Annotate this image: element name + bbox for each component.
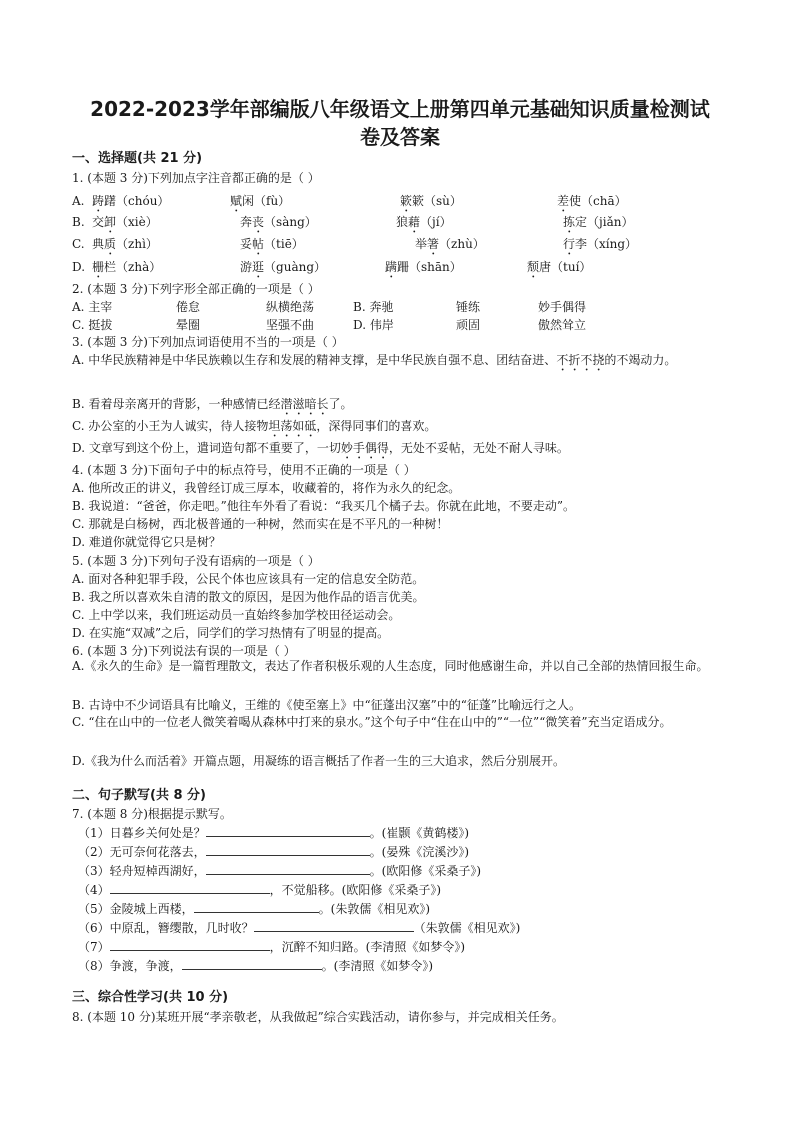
q5-option-c: C. 上中学以来，我们班运动员一直始终参加学校田径运动会。: [72, 607, 400, 624]
q2-b-2: 锤练: [456, 299, 480, 316]
q3-option-c: C. 办公室的小王为人诚实，待人接物坦荡如砥，深得同事们的喜欢。: [72, 418, 436, 440]
question-5-stem: 5. (本题 3 分)下列句子没有语病的一项是（ ）: [72, 553, 320, 570]
q4-option-a: A. 他所改正的讲义，我曾经订成三厚本，收藏着的，将作为永久的纪念。: [72, 480, 460, 497]
answer-blank-7[interactable]: [110, 938, 270, 951]
question-4-stem: 4. (本题 3 分)下面句子中的标点符号，使用不正确的一项是（ ）: [72, 462, 416, 479]
q1-option-b-1: 交卸（xiè）: [92, 214, 158, 236]
q2-c-2: 晕圈: [176, 317, 200, 334]
q1-option-a-label: A.: [72, 193, 84, 210]
question-7-stem: 7. (本题 8 分)根据提示默写。: [72, 806, 232, 823]
q6-option-d: D.《我为什么而活着》开篇点题，用凝练的语言概括了作者一生的三大追求，然后分别展…: [72, 753, 565, 770]
q2-d-2: 顽固: [456, 317, 480, 334]
section-heading-dictation: 二、句子默写(共 8 分): [72, 787, 206, 805]
dictation-item-6: （6）中原乱，簪缨散，几时收？（朱敦儒《相见欢》): [78, 919, 520, 937]
q6-option-a: A.《永久的生命》是一篇哲理散文，表达了作者积极乐观的人生态度，同时他感谢生命，…: [72, 657, 724, 675]
q1-option-c-2: 妥帖（tiē）: [240, 236, 304, 258]
answer-blank-1[interactable]: [206, 824, 370, 837]
section-heading-choice: 一、选择题(共 21 分): [72, 150, 202, 168]
dictation-item-4: （4），不觉船移。(欧阳修《采桑子》): [78, 881, 441, 899]
answer-blank-8[interactable]: [182, 957, 322, 970]
dictation-item-3: （3）轻舟短棹西湖好，。(欧阳修《采桑子》): [78, 862, 481, 880]
section-heading-comprehensive: 三、综合性学习(共 10 分): [72, 989, 228, 1007]
dictation-item-5: （5）金陵城上西楼，。(朱敦儒《相见欢》): [78, 900, 430, 918]
q1-option-a-2: 赋闲（fù）: [230, 193, 290, 215]
q1-option-b-3: 狼藉（jí）: [396, 214, 452, 236]
dictation-item-2: （2）无可奈何花落去，。(晏殊《浣溪沙》): [78, 843, 469, 861]
q2-d-3: 傲然耸立: [538, 317, 586, 334]
q2-a-3: 纵横绝荡: [266, 299, 314, 316]
q1-option-d-3: 蹒跚（shān）: [385, 259, 462, 281]
q1-option-c-1: 典质（zhì）: [92, 236, 158, 258]
q5-option-a: A. 面对各种犯罪手段，公民个体也应该具有一定的信息安全防范。: [72, 571, 424, 588]
q1-option-b-4: 拣定（jiǎn）: [563, 214, 633, 236]
answer-blank-2[interactable]: [206, 843, 370, 856]
q1-option-d-label: D.: [72, 259, 85, 276]
q1-option-d-4: 颓唐（tuí）: [527, 259, 591, 281]
q1-option-d-1: 栅栏（zhà）: [92, 259, 161, 281]
document-title: 2022-2023学年部编版八年级语文上册第四单元基础知识质量检测试 卷及答案: [60, 95, 740, 151]
q3-option-b: B. 看着母亲离开的背影，一种感情已经潜滋暗长了。: [72, 396, 352, 418]
dictation-item-1: （1）日暮乡关何处是？。(崔颢《黄鹤楼》): [78, 824, 469, 842]
q4-option-c: C. 那就是白杨树，西北极普通的一种树，然而实在是不平凡的一种树！: [72, 516, 448, 533]
q2-b-3: 妙手偶得: [538, 299, 586, 316]
q2-c-1: C. 挺拔: [72, 317, 112, 334]
q5-option-d: D. 在实施“双减”之后，同学们的学习热情有了明显的提高。: [72, 625, 389, 642]
q1-option-c-3: 举箸（zhù）: [415, 236, 485, 258]
q1-option-b-2: 奔丧（sàng）: [240, 214, 317, 236]
q3-option-a: A. 中华民族精神是中华民族赖以生存和发展的精神支撑，是中华民族自强不息、团结奋…: [72, 348, 724, 374]
q1-option-b-label: B.: [72, 214, 85, 231]
exam-page: 2022-2023学年部编版八年级语文上册第四单元基础知识质量检测试 卷及答案 …: [0, 0, 793, 1122]
q6-option-c: C. “住在山中的一位老人微笑着喝从森林中打来的泉水。”这个句子中“住在山中的”…: [72, 713, 724, 731]
q6-option-b: B. 古诗中不少词语具有比喻义，王维的《使至塞上》中“征蓬出汉塞”中的“征蓬”比…: [72, 697, 581, 714]
answer-blank-6[interactable]: [254, 919, 414, 932]
dictation-item-8: （8）争渡，争渡，。(李清照《如梦令》): [78, 957, 433, 975]
q4-option-d: D. 难道你就觉得它只是树？: [72, 534, 221, 551]
question-2-stem: 2. (本题 3 分)下列字形全部正确的一项是（ ）: [72, 281, 320, 298]
q1-option-c-label: C.: [72, 236, 85, 253]
title-line-1: 2022-2023学年部编版八年级语文上册第四单元基础知识质量检测试: [60, 95, 740, 123]
question-8-stem: 8. (本题 10 分)某班开展“孝亲敬老，从我做起”综合实践活动，请你参与，并…: [72, 1009, 564, 1026]
q1-option-a-1: 踌躇（chóu）: [92, 193, 169, 215]
answer-blank-4[interactable]: [110, 881, 270, 894]
q2-a-2: 倦怠: [176, 299, 200, 316]
q1-option-c-4: 行李（xíng）: [563, 236, 637, 258]
title-line-2: 卷及答案: [60, 123, 740, 151]
answer-blank-5[interactable]: [194, 900, 319, 913]
q1-option-d-2: 游逛（guàng）: [240, 259, 326, 281]
q2-d-1: D. 伟岸: [353, 317, 394, 334]
q2-b-1: B. 奔驰: [353, 299, 393, 316]
q2-a-1: A. 主宰: [72, 299, 112, 316]
q1-option-a-3: 簌簌（sù）: [400, 193, 462, 215]
dictation-item-7: （7），沉醉不知归路。(李清照《如梦令》): [78, 938, 465, 956]
q1-option-a-4: 差使（chā）: [557, 193, 627, 215]
q3-option-d: D. 文章写到这个份上，遣词造句都不重要了，一切妙手偶得，无处不妥帖，无处不耐人…: [72, 440, 569, 462]
answer-blank-3[interactable]: [206, 862, 370, 875]
q5-option-b: B. 我之所以喜欢朱自清的散文的原因，是因为他作品的语言优美。: [72, 589, 424, 606]
q4-option-b: B. 我说道：“爸爸，你走吧。”他往车外看了看说：“我买几个橘子去。你就在此地，…: [72, 498, 575, 515]
question-1-stem: 1. (本题 3 分)下列加点字注音都正确的是（ ）: [72, 170, 320, 187]
q2-c-3: 坚强不曲: [266, 317, 314, 334]
